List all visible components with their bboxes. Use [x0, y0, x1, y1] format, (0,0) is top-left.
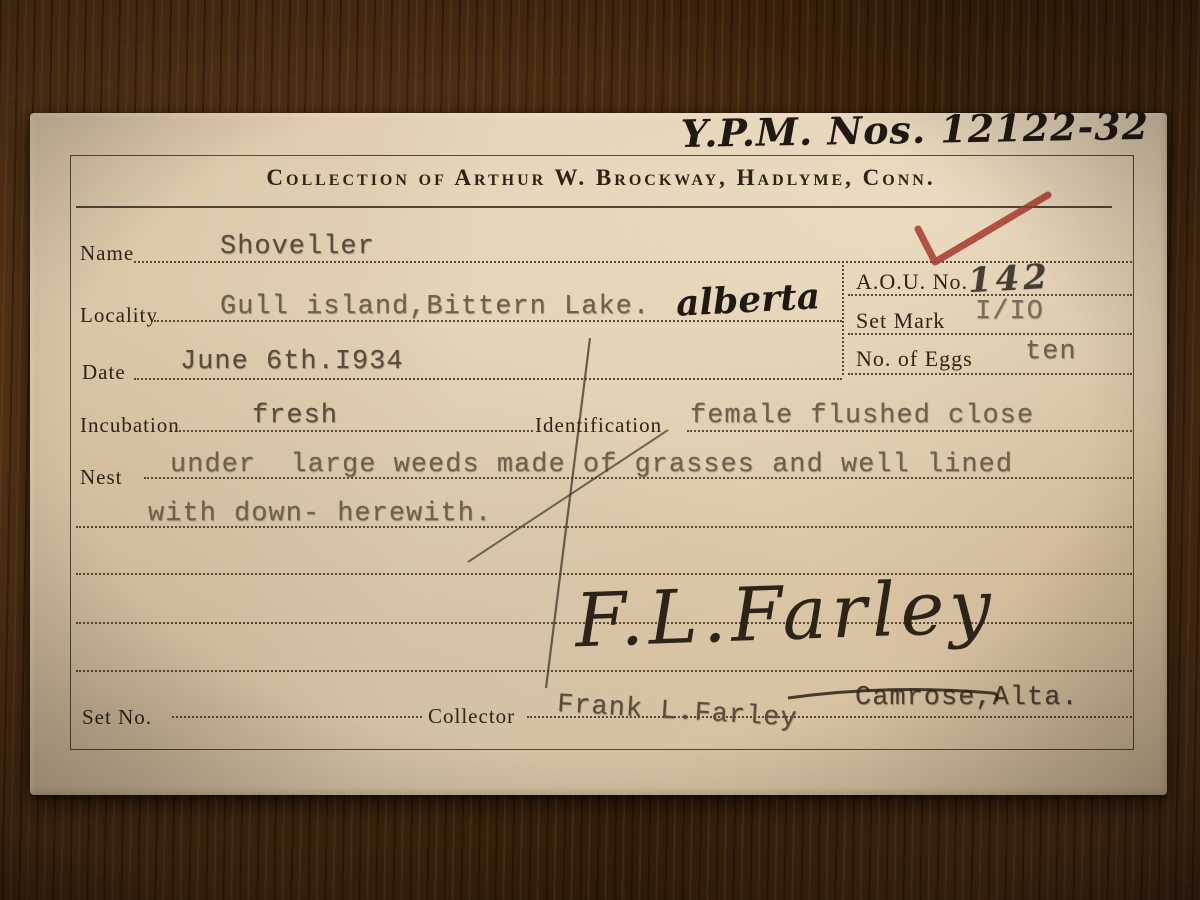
set-mark-value: I/IO	[975, 297, 1044, 327]
incubation-value: fresh	[252, 401, 338, 431]
aou-box-border	[842, 265, 844, 375]
nest-value: under large weeds made of grasses and we…	[170, 450, 1013, 480]
name-label: Name	[80, 241, 134, 266]
collector-location-value: Camrose,Alta.	[855, 683, 1079, 713]
collector-signature: F.L.Farley	[574, 564, 998, 665]
locality-value: Gull island,Bittern Lake.	[220, 292, 650, 322]
ypm-accession-number: Y.P.M. Nos. 12122-32	[675, 103, 1156, 156]
locality-province-handwritten: alberta	[675, 275, 821, 324]
locality-label: Locality	[80, 303, 158, 328]
blank-line-3	[76, 670, 1132, 672]
identification-label: Identification	[535, 413, 662, 438]
header-rule	[76, 206, 1112, 208]
set-no-line	[172, 716, 422, 718]
aou-no-line	[848, 294, 1132, 296]
card-header: Collection of Arthur W. Brockway, Hadlym…	[70, 165, 1132, 191]
nest-label: Nest	[80, 465, 123, 490]
name-value: Shoveller	[220, 232, 375, 262]
photo: Y.P.M. Nos. 12122-32 Collection of Arthu…	[0, 0, 1200, 900]
aou-no-label: A.O.U. No.	[856, 269, 968, 295]
identification-value: female flushed close	[690, 401, 1034, 431]
set-mark-label: Set Mark	[856, 308, 945, 334]
nest-value-continued: with down- herewith.	[148, 499, 492, 529]
specimen-card: Y.P.M. Nos. 12122-32 Collection of Arthu…	[30, 113, 1167, 795]
collector-label: Collector	[428, 704, 515, 729]
set-no-label: Set No.	[82, 705, 152, 730]
no-of-eggs-label: No. of Eggs	[856, 346, 973, 372]
no-of-eggs-value: ten	[1025, 337, 1077, 367]
no-of-eggs-line	[848, 373, 1132, 375]
incubation-line	[170, 430, 533, 432]
date-label: Date	[82, 360, 126, 385]
set-mark-line	[848, 333, 1132, 335]
date-value: June 6th.I934	[180, 347, 404, 377]
incubation-label: Incubation	[80, 413, 180, 438]
date-line	[134, 378, 842, 380]
